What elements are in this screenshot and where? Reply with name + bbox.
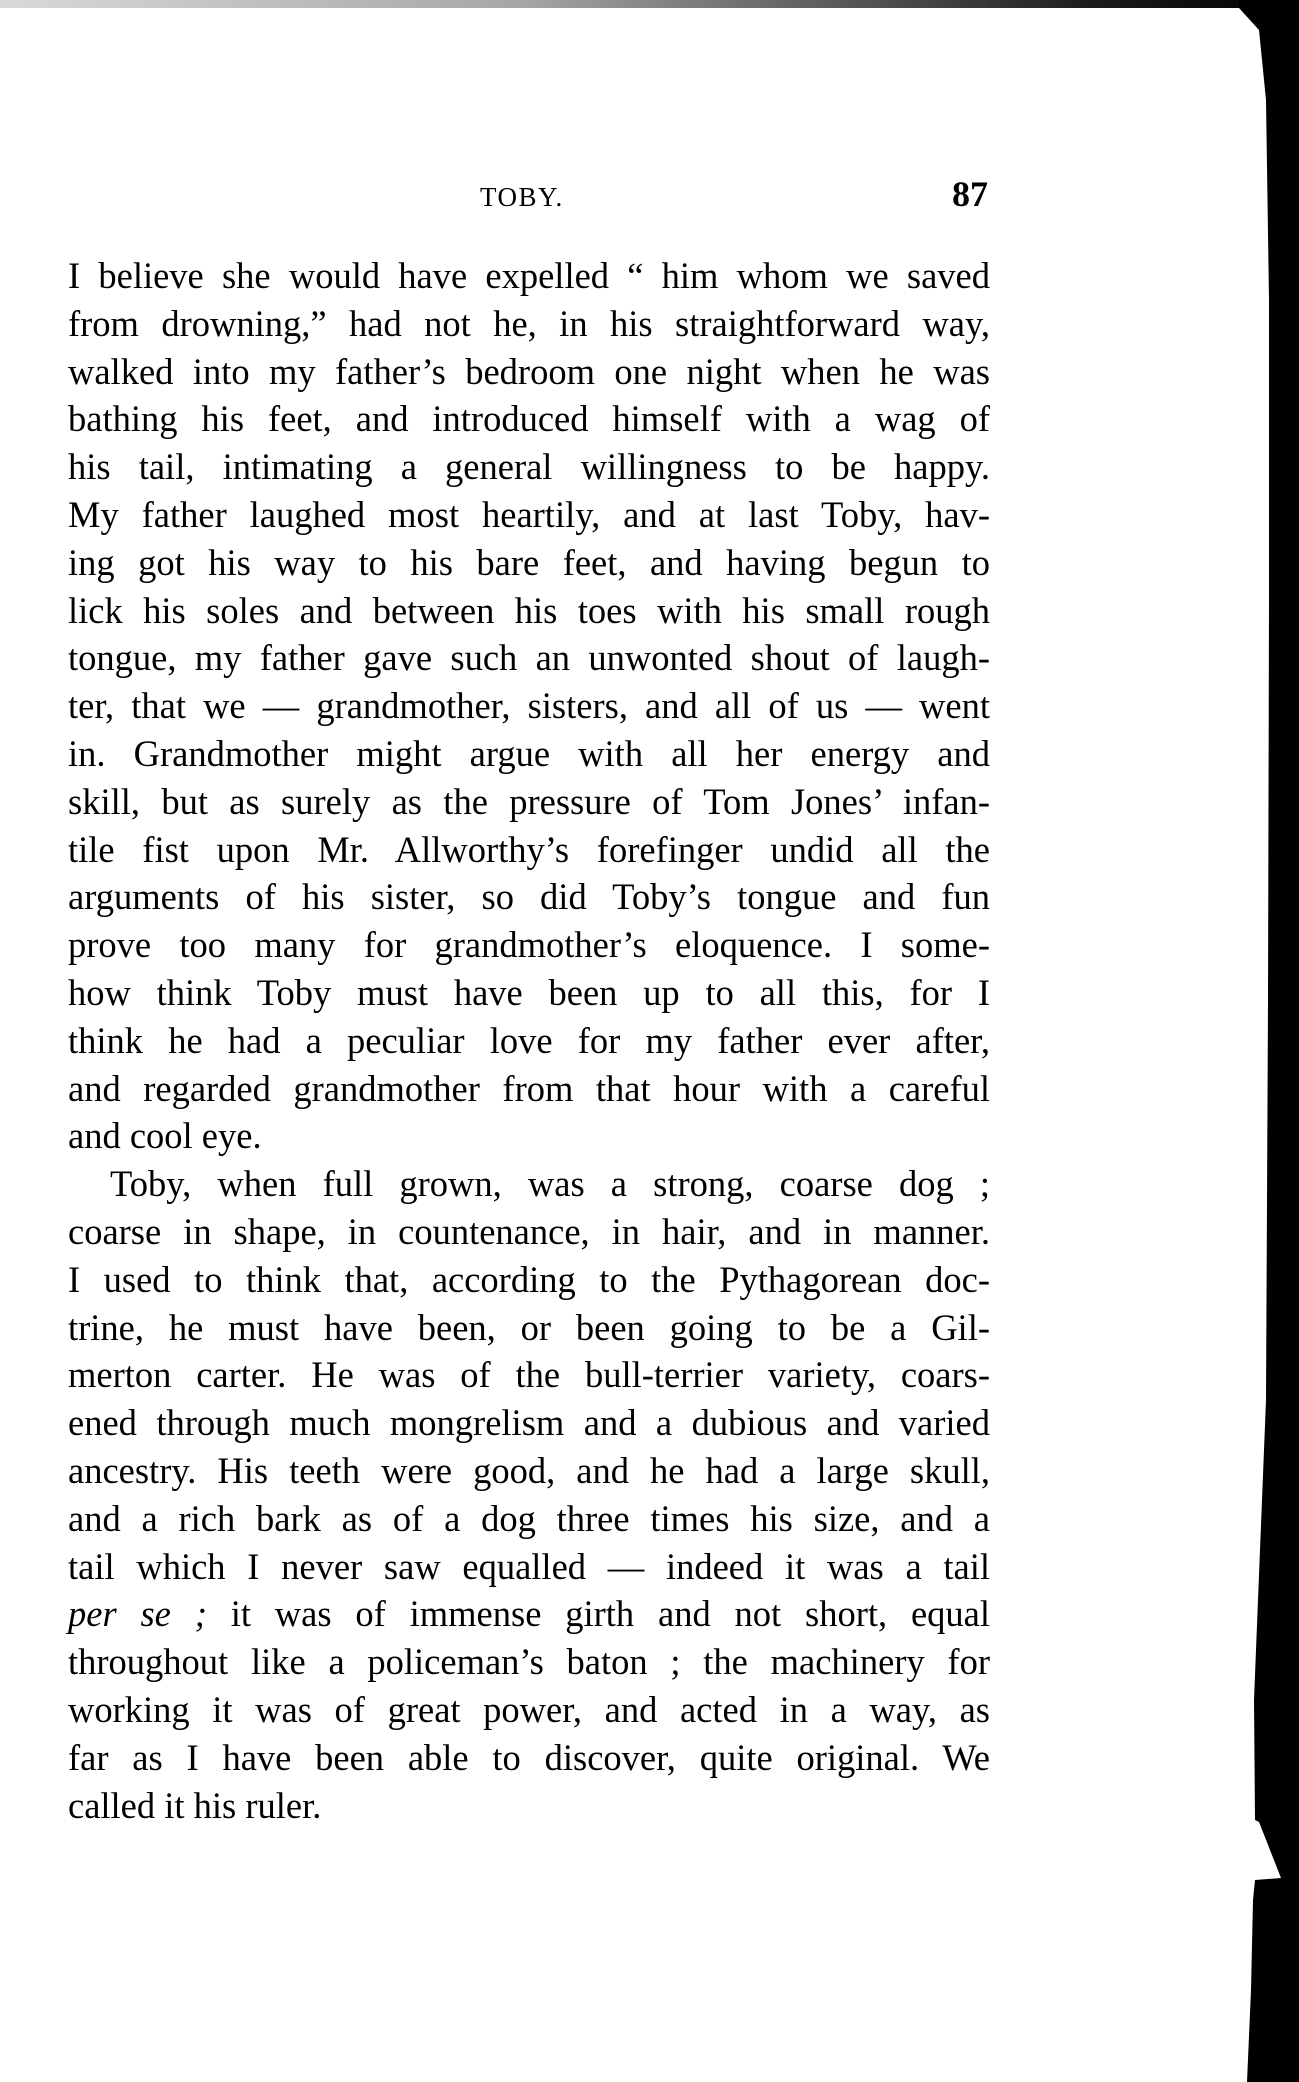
- text-line: per se ; it was of immense girth and not…: [68, 1590, 990, 1638]
- text-line: I believe she would have expelled “ him …: [68, 252, 990, 300]
- text-line: from drowning,” had not he, in his strai…: [68, 300, 990, 348]
- text-line: skill, but as surely as the pressure of …: [68, 778, 990, 826]
- page-header: TOBY. 87: [68, 178, 990, 212]
- text-line: ter, that we — grandmother, sisters, and…: [68, 682, 990, 730]
- text-line: far as I have been able to discover, qui…: [68, 1734, 990, 1782]
- text-line: and regarded grandmother from that hour …: [68, 1065, 990, 1113]
- text-line: bathing his feet, and introduced himself…: [68, 395, 990, 443]
- scan-top-edge: [0, 0, 1299, 8]
- text-line: tongue, my father gave such an unwonted …: [68, 634, 990, 682]
- text-line: working it was of great power, and acted…: [68, 1686, 990, 1734]
- text-line: and a rich bark as of a dog three times …: [68, 1495, 990, 1543]
- running-head: TOBY.: [480, 182, 564, 212]
- text-line: prove too many for grandmother’s eloquen…: [68, 921, 990, 969]
- text-line: and cool eye.: [68, 1112, 990, 1160]
- text-line: in. Grandmother might argue with all her…: [68, 730, 990, 778]
- text-line: trine, he must have been, or been going …: [68, 1304, 990, 1352]
- paragraph-2: Toby, when full grown, was a strong, coa…: [68, 1160, 990, 1829]
- text-line: Toby, when full grown, was a strong, coa…: [68, 1160, 990, 1208]
- text-line: My father laughed most heartily, and at …: [68, 491, 990, 539]
- text-line: I used to think that, according to the P…: [68, 1256, 990, 1304]
- text-line: ened through much mongrelism and a dubio…: [68, 1399, 990, 1447]
- text-line: tile fist upon Mr. Allworthy’s forefinge…: [68, 826, 990, 874]
- text-line: ing got his way to his bare feet, and ha…: [68, 539, 990, 587]
- text-line: how think Toby must have been up to all …: [68, 969, 990, 1017]
- text-line: his tail, intimating a general willingne…: [68, 443, 990, 491]
- italic-phrase: per se ;: [68, 1593, 207, 1634]
- paragraph-1: I believe she would have expelled “ him …: [68, 252, 990, 1160]
- book-page: TOBY. 87 I believe she would have expell…: [0, 0, 1299, 2082]
- text-line: ancestry. His teeth were good, and he ha…: [68, 1447, 990, 1495]
- page-number: 87: [952, 176, 988, 212]
- text-line: think he had a peculiar love for my fath…: [68, 1017, 990, 1065]
- text-line: tail which I never saw equalled — indeed…: [68, 1543, 990, 1591]
- text-line: throughout like a policeman’s baton ; th…: [68, 1638, 990, 1686]
- scan-right-edge: [1239, 0, 1299, 2082]
- body-text: I believe she would have expelled “ him …: [68, 252, 990, 1829]
- text-line: walked into my father’s bedroom one nigh…: [68, 348, 990, 396]
- text-line: coarse in shape, in countenance, in hair…: [68, 1208, 990, 1256]
- text-fragment: it was of immense girth and not short, e…: [207, 1593, 990, 1634]
- text-line: called it his ruler.: [68, 1782, 990, 1830]
- text-line: merton carter. He was of the bull-terrie…: [68, 1351, 990, 1399]
- text-line: lick his soles and between his toes with…: [68, 587, 990, 635]
- text-line: arguments of his sister, so did Toby’s t…: [68, 873, 990, 921]
